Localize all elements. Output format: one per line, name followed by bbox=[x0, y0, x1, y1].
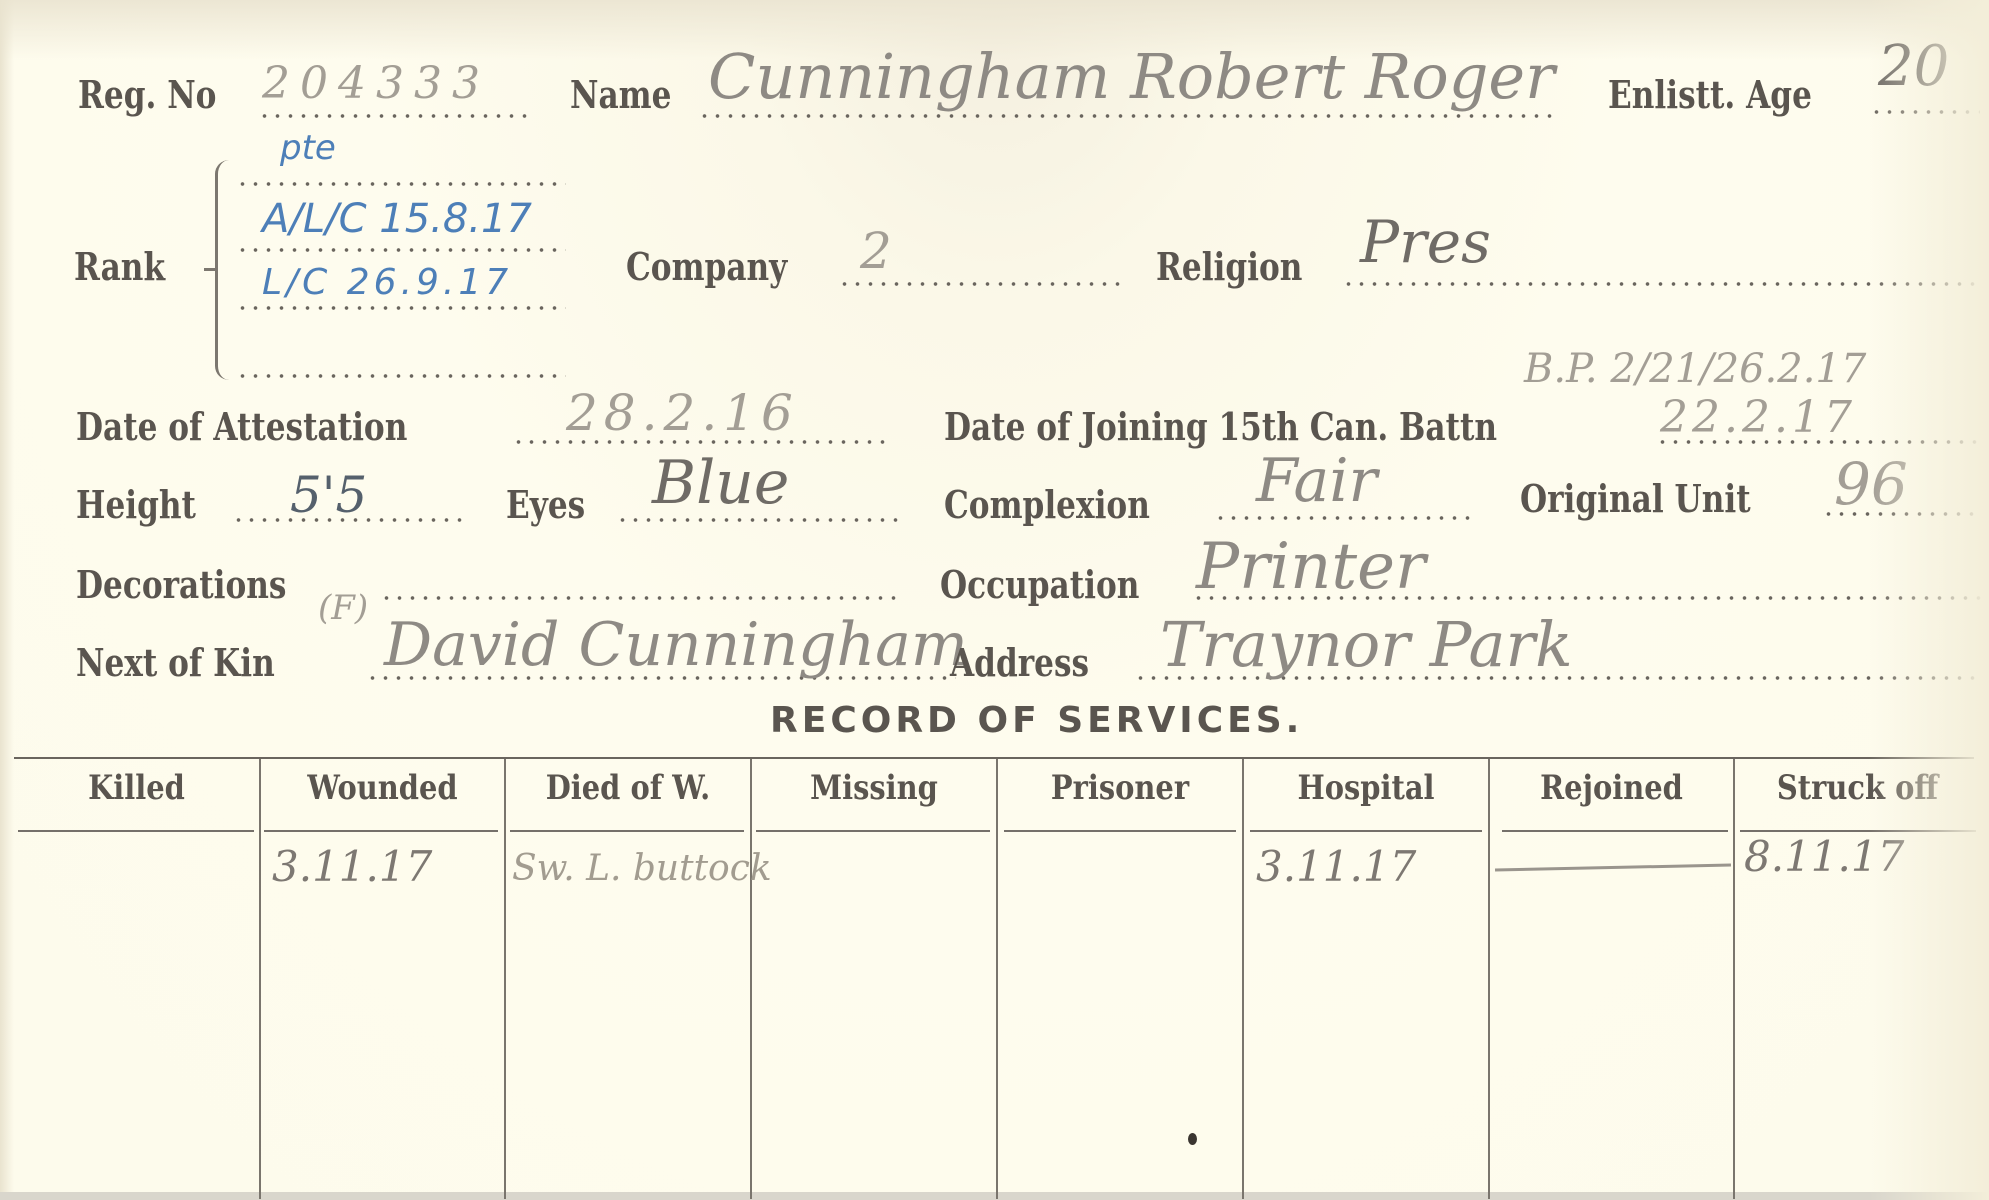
header-rule bbox=[1004, 830, 1236, 832]
eyes-value: Blue bbox=[652, 448, 789, 518]
rank-label: Rank bbox=[74, 244, 165, 289]
next-of-kin-label: Next of Kin bbox=[76, 640, 275, 685]
religion-dots bbox=[1342, 282, 1982, 286]
eyes-label: Eyes bbox=[506, 482, 585, 527]
height-label: Height bbox=[76, 482, 196, 527]
column-header-missing: Missing bbox=[770, 768, 977, 818]
original-unit-label: Original Unit bbox=[1520, 476, 1751, 521]
cell-struck-off: 8.11.17 bbox=[1744, 832, 1904, 881]
rank-line-4-dots bbox=[236, 374, 566, 378]
header-rule bbox=[18, 830, 254, 832]
company-value: 2 bbox=[860, 222, 892, 280]
complexion-label: Complexion bbox=[944, 482, 1150, 527]
column-divider bbox=[1733, 759, 1735, 1199]
reg-no-dots bbox=[258, 114, 530, 118]
enlistment-age-value: 20 bbox=[1878, 34, 1949, 99]
service-record-card: Reg. No 204333 Name Cunningham Robert Ro… bbox=[0, 0, 1989, 1200]
date-of-joining-value: 22.2.17 bbox=[1660, 392, 1856, 443]
religion-value: Pres bbox=[1360, 208, 1491, 276]
column-divider bbox=[996, 759, 998, 1199]
name-value: Cunningham Robert Roger bbox=[708, 40, 1555, 113]
rank-line-3-dots bbox=[236, 306, 566, 310]
complexion-dots bbox=[1214, 516, 1474, 520]
name-dots bbox=[698, 114, 1558, 118]
rank-brace bbox=[215, 160, 238, 380]
next-of-kin-value: David Cunningham bbox=[384, 610, 968, 680]
rank-entry-2: L/C 26.9.17 bbox=[262, 262, 512, 303]
rank-line-1-dots bbox=[236, 182, 566, 186]
rank-entry-1: A/L/C 15.8.17 bbox=[262, 196, 532, 242]
address-value: Traynor Park bbox=[1160, 608, 1573, 681]
reg-no-label: Reg. No bbox=[78, 72, 216, 117]
reg-no-value: 204333 bbox=[262, 58, 490, 109]
card-edge-bottom bbox=[0, 1192, 1989, 1200]
religion-label: Religion bbox=[1156, 244, 1302, 289]
rank-annotation: pte bbox=[280, 128, 336, 168]
complexion-value: Fair bbox=[1256, 446, 1377, 516]
cell-hospital: 3.11.17 bbox=[1256, 842, 1416, 891]
card-edge-left bbox=[0, 0, 14, 1200]
ink-spot bbox=[1188, 1133, 1197, 1145]
rank-line-2-dots bbox=[236, 248, 566, 252]
record-of-services-title: RECORD OF SERVICES. bbox=[770, 700, 1303, 741]
joining-annotation: B.P. 2/21/26.2.17 bbox=[1524, 346, 1866, 392]
column-header-rejoined: Rejoined bbox=[1508, 768, 1715, 818]
cell-rejoined-dash bbox=[1495, 864, 1731, 872]
column-divider bbox=[1242, 759, 1244, 1199]
column-header-wounded: Wounded bbox=[279, 768, 486, 818]
header-rule bbox=[1250, 830, 1482, 832]
rank-brace-tip bbox=[204, 268, 218, 271]
header-rule bbox=[510, 830, 744, 832]
enlistment-age-label: Enlistt. Age bbox=[1608, 72, 1812, 117]
name-label: Name bbox=[570, 72, 671, 117]
column-header-struck-off: Struck off bbox=[1753, 768, 1961, 818]
occupation-value: Printer bbox=[1196, 530, 1426, 604]
date-of-joining-label: Date of Joining 15th Can. Battn bbox=[944, 404, 1497, 449]
column-divider bbox=[750, 759, 752, 1199]
date-of-attestation-value: 28.2.16 bbox=[566, 384, 799, 442]
cell-wounded: 3.11.17 bbox=[272, 842, 432, 891]
table-top-rule bbox=[14, 757, 1974, 759]
company-label: Company bbox=[626, 244, 787, 289]
company-dots bbox=[838, 282, 1124, 286]
original-unit-value: 96 bbox=[1834, 450, 1908, 518]
header-rule bbox=[1502, 830, 1728, 832]
decorations-dots bbox=[380, 596, 900, 600]
next-of-kin-prefix: (F) bbox=[318, 588, 368, 628]
enlistment-age-dots bbox=[1870, 110, 1980, 114]
date-of-attestation-label: Date of Attestation bbox=[76, 404, 407, 449]
column-header-prisoner: Prisoner bbox=[1016, 768, 1223, 818]
column-header-died-of-wounds: Died of W. bbox=[524, 768, 731, 818]
column-header-hospital: Hospital bbox=[1262, 768, 1469, 818]
cell-wound-note: Sw. L. buttock bbox=[512, 848, 772, 889]
address-label: Address bbox=[950, 640, 1089, 685]
height-value: 5'5 bbox=[290, 466, 367, 524]
column-divider bbox=[1488, 759, 1490, 1199]
header-rule bbox=[264, 830, 498, 832]
column-divider bbox=[504, 759, 506, 1199]
header-rule bbox=[756, 830, 990, 832]
occupation-label: Occupation bbox=[940, 562, 1139, 607]
decorations-label: Decorations bbox=[76, 562, 286, 607]
eyes-dots bbox=[616, 518, 900, 522]
column-header-killed: Killed bbox=[32, 768, 240, 818]
column-divider bbox=[259, 759, 261, 1199]
